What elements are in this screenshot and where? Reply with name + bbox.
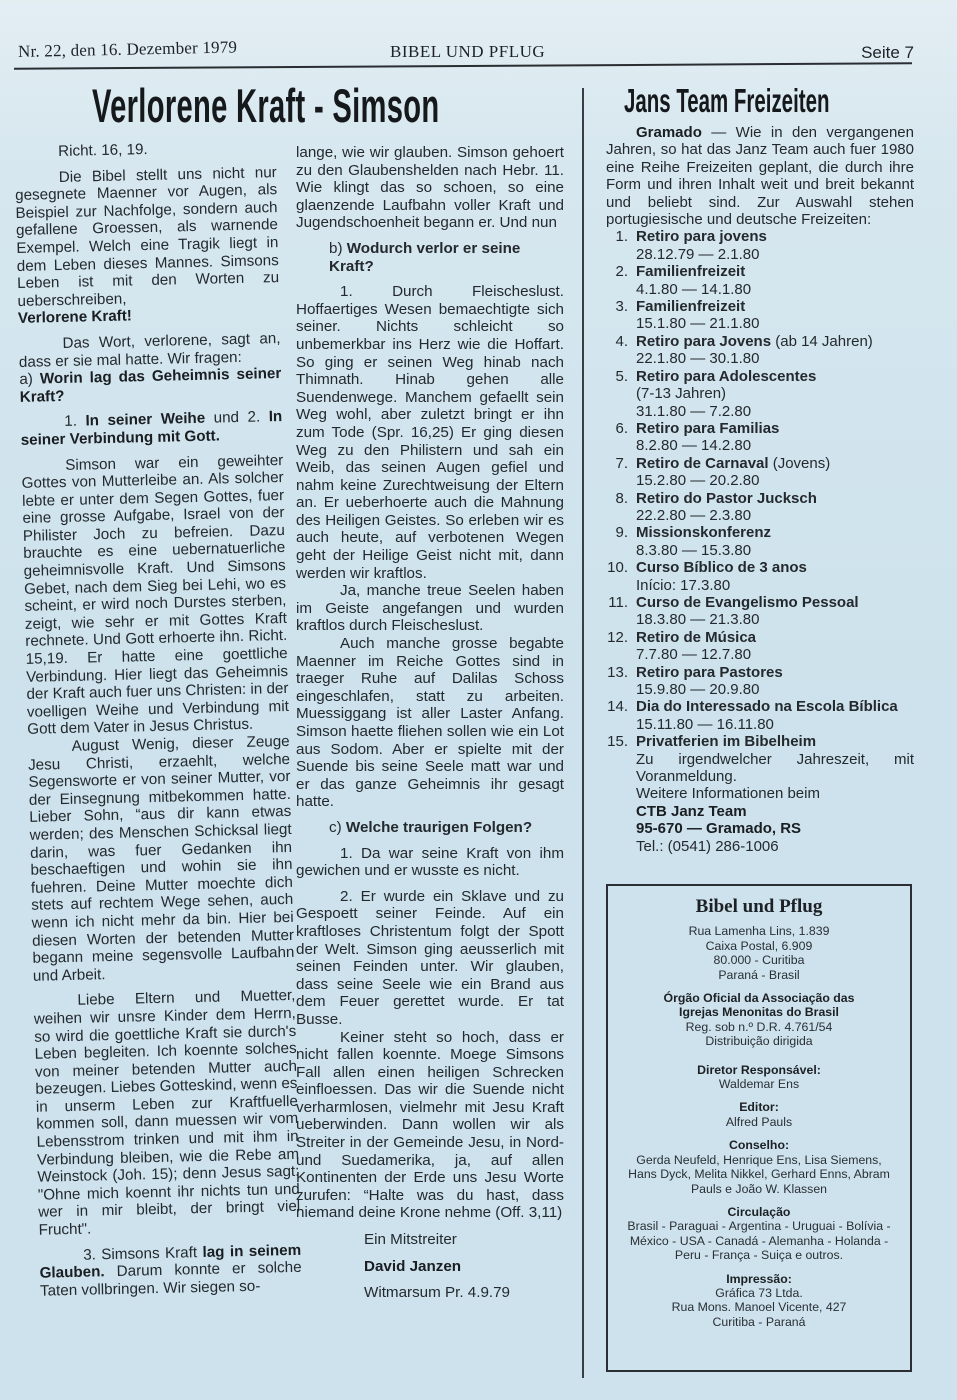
article-column-1: Richt. 16, 19. Die Bibel stellt uns nich…	[14, 138, 302, 1300]
signature-line: Ein Mitstreiter	[296, 1231, 564, 1249]
paragraph: Keiner steht so hoch, dass er nicht fall…	[296, 1029, 564, 1223]
item-number: 13.	[606, 664, 628, 681]
retreat-item: 10.Curso Bíblico de 3 anosInício: 17.3.8…	[606, 559, 914, 594]
retreat-item: 13.Retiro para Pastores15.9.80 — 20.9.80	[606, 664, 914, 699]
sidebar-headline: Jans Team Freizeiten	[624, 82, 829, 120]
item-title: Privatferien im Bibelheim	[636, 733, 816, 750]
item-number: 5.	[606, 368, 628, 385]
item-title: Retiro para Adolescentes	[636, 368, 816, 385]
item-title: Retiro de Carnaval	[636, 455, 769, 472]
item-number: 11.	[606, 594, 628, 611]
imprint-director: Diretor Responsável: Waldemar Ens	[608, 1063, 910, 1092]
paragraph: Liebe Eltern und Muetter, weihen wir uns…	[33, 987, 301, 1239]
sidebar-intro: Gramado — Wie in den vergangenen Jahren,…	[606, 124, 914, 228]
item-title: Curso de Evangelismo Pessoal	[636, 594, 859, 611]
item-number: 12.	[606, 629, 628, 646]
item-title: Retiro de Música	[636, 629, 756, 646]
item-number: 3.	[606, 298, 628, 315]
paragraph: lange, wie wir glauben. Simson gehoert z…	[296, 144, 564, 232]
imprint-title: Bibel und Pflug	[608, 900, 910, 914]
item-number: 10.	[606, 559, 628, 576]
retreat-item: 12.Retiro de Música7.7.80 — 12.7.80	[606, 629, 914, 664]
item-dates: 22.2.80 — 2.3.80	[636, 507, 914, 524]
item-dates: (7-13 Jahren)	[636, 385, 914, 402]
sidebar-column: Gramado — Wie in den vergangenen Jahren,…	[606, 124, 914, 855]
paragraph: 2. Er wurde ein Sklave und zu Gespoett s…	[296, 888, 564, 1029]
retreat-item: 4.Retiro para Jovens (ab 14 Jahren)22.1.…	[606, 333, 914, 368]
item-number: 2.	[606, 263, 628, 280]
item-dates: 8.3.80 — 15.3.80	[636, 542, 914, 559]
paragraph: Simson war ein geweihter Gottes von Mutt…	[21, 451, 289, 738]
retreat-item: 11.Curso de Evangelismo Pessoal18.3.80 —…	[606, 594, 914, 629]
more-info: Weitere Informationen beim	[606, 785, 914, 802]
item-dates: 15.1.80 — 21.1.80	[636, 315, 914, 332]
paragraph: 1. In seiner Weihe und 2. In seiner Verb…	[20, 408, 283, 449]
item-dates: 15.9.80 — 20.9.80	[636, 681, 914, 698]
item-title: Retiro para jovens	[636, 228, 767, 245]
contact-org: CTB Janz Team	[606, 803, 914, 820]
paragraph: 3. Simsons Kraft lag in seinem Glauben. …	[39, 1241, 302, 1300]
column-divider	[582, 88, 584, 1378]
paragraph: 1. Durch Fleischeslust. Hoffaertiges Wes…	[296, 283, 564, 582]
retreat-item: 1.Retiro para jovens28.12.79 — 2.1.80	[606, 228, 914, 263]
item-number: 14.	[606, 698, 628, 715]
item-dates: 4.1.80 — 14.1.80	[636, 281, 914, 298]
contact-address: 95-670 — Gramado, RS	[606, 820, 914, 837]
paragraph: Ja, manche treue Seelen haben im Geiste …	[296, 582, 564, 635]
paragraph: Die Bibel stellt uns nicht nur gesegnete…	[15, 164, 280, 311]
item-number: 7.	[606, 455, 628, 472]
item-dates: 15.11.80 — 16.11.80	[636, 716, 914, 733]
publication-name: BIBEL UND PFLUG	[390, 42, 545, 62]
newspaper-page: Nr. 22, den 16. Dezember 1979 BIBEL UND …	[0, 0, 957, 1400]
item-dates: 22.1.80 — 30.1.80	[636, 350, 914, 367]
paragraph: Das Wort, verlorene, sagt an, dass er si…	[18, 330, 281, 371]
imprint-editor: Editor: Alfred Pauls	[608, 1100, 910, 1129]
question-c: c) Welche traurigen Folgen?	[296, 819, 564, 837]
retreat-item: 5.Retiro para Adolescentes(7-13 Jahren)3…	[606, 368, 914, 420]
item-note: (Jovens)	[769, 455, 831, 472]
imprint-printer: Impressão: Gráfica 73 Ltda. Rua Mons. Ma…	[608, 1272, 910, 1330]
item-title: Familienfreizeit	[636, 263, 745, 280]
item-number: 6.	[606, 420, 628, 437]
item-title: Missionskonferenz	[636, 524, 771, 541]
scripture-reference: Richt. 16, 19.	[14, 138, 276, 162]
retreat-item: 3.Familienfreizeit15.1.80 — 21.1.80	[606, 298, 914, 333]
item-dates: 31.1.80 — 7.2.80	[636, 403, 914, 420]
item-number: 8.	[606, 490, 628, 507]
item-dates: Início: 17.3.80	[636, 577, 914, 594]
author-place-date: Witmarsum Pr. 4.9.79	[296, 1284, 564, 1302]
item-dates: Zu irgendwelcher Jahreszeit, mit Voranme…	[636, 751, 914, 786]
item-title: Familienfreizeit	[636, 298, 745, 315]
article-column-2: lange, wie wir glauben. Simson gehoert z…	[296, 144, 564, 1302]
item-dates: 15.2.80 — 20.2.80	[636, 472, 914, 489]
issue-date: Nr. 22, den 16. Dezember 1979	[18, 37, 238, 62]
imprint-box: Bibel und Pflug Rua Lamenha Lins, 1.839 …	[606, 884, 912, 1372]
item-title: Retiro para Familias	[636, 420, 779, 437]
item-dates: 8.2.80 — 14.2.80	[636, 437, 914, 454]
item-title: Curso Bíblico de 3 anos	[636, 559, 807, 576]
retreat-item: 8.Retiro do Pastor Jucksch22.2.80 — 2.3.…	[606, 490, 914, 525]
item-dates: 7.7.80 — 12.7.80	[636, 646, 914, 663]
question-a: a) Worin lag das Geheimnis seiner Kraft?	[19, 365, 282, 406]
item-title: Retiro do Pastor Jucksch	[636, 490, 817, 507]
paragraph: August Wenig, dieser Zeuge Jesu Christi,…	[27, 733, 295, 985]
imprint-address: Rua Lamenha Lins, 1.839 Caixa Postal, 6.…	[608, 924, 910, 982]
retreat-item: 2.Familienfreizeit4.1.80 — 14.1.80	[606, 263, 914, 298]
retreat-item: 6.Retiro para Familias8.2.80 — 14.2.80	[606, 420, 914, 455]
paragraph: Auch manche grosse begabte Maenner im Re…	[296, 635, 564, 811]
paragraph: 1. Da war seine Kraft von ihm gewichen u…	[296, 845, 564, 880]
item-number: 15.	[606, 733, 628, 750]
item-number: 4.	[606, 333, 628, 350]
retreat-item: 7.Retiro de Carnaval (Jovens)15.2.80 — 2…	[606, 455, 914, 490]
retreat-item: 9.Missionskonferenz8.3.80 — 15.3.80	[606, 524, 914, 559]
item-title: Retiro para Pastores	[636, 664, 783, 681]
retreat-list: 1.Retiro para jovens28.12.79 — 2.1.802.F…	[606, 228, 914, 785]
imprint-circulation: Circulação Brasil - Paraguai - Argentina…	[608, 1205, 910, 1263]
item-note: (ab 14 Jahren)	[771, 333, 873, 350]
page-number: Seite 7	[861, 43, 914, 63]
item-title: Retiro para Jovens	[636, 333, 771, 350]
retreat-item: 14.Dia do Interessado na Escola Bíblica1…	[606, 698, 914, 733]
imprint-council: Conselho: Gerda Neufeld, Henrique Ens, L…	[608, 1138, 910, 1196]
item-number: 1.	[606, 228, 628, 245]
imprint-organ: Órgão Oficial da Associação das Igrejas …	[608, 991, 910, 1049]
author-name: David Janzen	[296, 1258, 564, 1276]
item-number: 9.	[606, 524, 628, 541]
question-b: b) Wodurch verlor er seine Kraft?	[296, 240, 564, 275]
contact-phone: Tel.: (0541) 286-1006	[606, 838, 914, 855]
item-dates: 18.3.80 — 21.3.80	[636, 611, 914, 628]
item-title: Dia do Interessado na Escola Bíblica	[636, 698, 898, 715]
retreat-item: 15.Privatferien im BibelheimZu irgendwel…	[606, 733, 914, 785]
article-headline: Verlorene Kraft - Simson	[92, 78, 440, 133]
item-dates: 28.12.79 — 2.1.80	[636, 246, 914, 263]
